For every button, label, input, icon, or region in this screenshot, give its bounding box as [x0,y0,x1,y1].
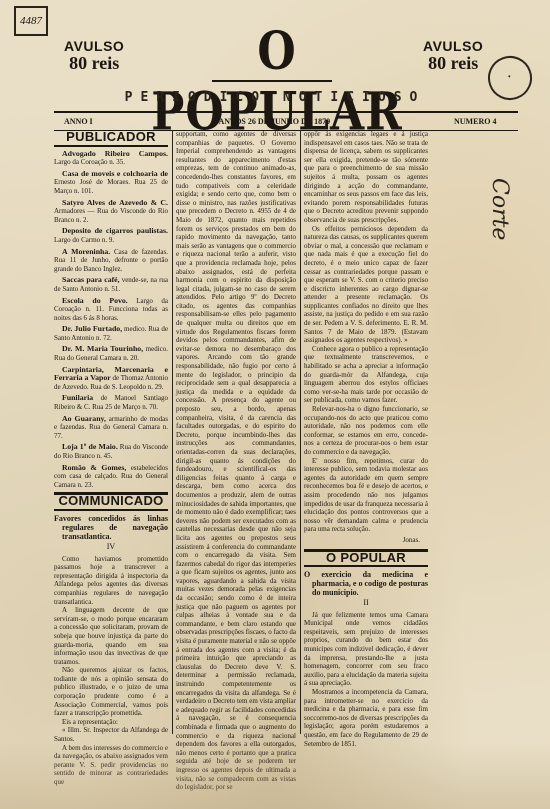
ad-name: Dr. M. Maria Tourinho, [62,344,143,353]
place-date: SANTOS 26 DE JUNHO DE 1879 [214,117,330,126]
archive-number-stamp: 4487 [14,6,48,36]
ad-item: Carpintaria, Marcenaria e Ferraria a Vap… [54,366,168,392]
ad-name: Escola do Povo. [62,296,128,305]
ad-name: Funilaria [62,393,93,402]
article-paragraph: Como haviamos promettido passamos hoje a… [54,555,168,607]
ad-name: Ao Guarany, [62,414,106,423]
price-box-right: AVULSO 80 reis [423,38,483,72]
article-part-number: IV [54,543,168,552]
section-heading-o-popular: O POPULAR [304,549,428,568]
article-paragraph: oppôr ás exigencias legaes e á justiça i… [304,130,428,225]
ad-name: Casa de moveis e colchoaria de [62,169,168,178]
price-value: 80 reis [423,54,483,72]
article-paragraph: A linguagem decente de que serviram-se, … [54,606,168,666]
ad-item: Loja 1º de Maio. Rua do Visconde do Rio … [54,443,168,460]
article-paragraph: Relevar-nos-ha o digno funccionario, se … [304,405,428,457]
ad-item: Funilaria de Manoel Santiago Ribeiro & C… [54,394,168,411]
price-label: AVULSO [64,38,124,54]
article-signature: Jonas. [304,536,420,545]
ad-item: Satyro Alves de Azevedo & C. Armadores —… [54,199,168,225]
ad-name: Romão & Gomes, [62,463,126,472]
ad-text: Largo da Coroação n. 35. [54,158,125,166]
section-heading-publicador: PUBLICADOR [54,130,168,147]
ad-name: Satyro Alves de Azevedo & C. [62,198,168,207]
ad-name: Dr. Julio Furtado, [62,324,122,333]
ad-item: Saccas para café, vende-se, na rua de Sa… [54,276,168,293]
article-paragraph: Não queremos ajuizar os factos, todiante… [54,666,168,718]
ad-item: A Moreninha. Casa de fazendas. Rua 11 de… [54,248,168,274]
handwritten-annotation: Corte [487,178,512,240]
price-label: AVULSO [423,38,483,54]
ad-item: Dr. Julio Furtado, medico. Rua de Santo … [54,325,168,342]
ad-item: Advogado Ribeiro Campos. Largo da Coroaç… [54,150,168,167]
price-value: 80 reis [64,54,124,72]
ad-item: Escola do Povo. Largo da Coroação n. 11.… [54,297,168,323]
newspaper-page: 4487 AVULSO 80 reis O POPULAR AVULSO 80 … [0,0,550,809]
dateline: ANNO I SANTOS 26 DE JUNHO DE 1879 NUMERO… [54,111,518,131]
article-paragraph: E' nosso fim, repetimos, curar do intere… [304,457,428,534]
price-box-left: AVULSO 80 reis [64,38,124,72]
column-right: oppôr ás exigencias legaes e á justiça i… [304,130,428,748]
ad-name: Advogado Ribeiro Campos. [62,149,168,158]
ad-item: Ao Guarany, armarinho de modas e fazenda… [54,415,168,441]
column-middle: supportam, como agentes de diversas comp… [176,130,296,792]
article-paragraph: Já que felizmente temos uma Camara Munic… [304,611,428,688]
issue-number: NUMERO 4 [454,117,496,126]
ad-name: A Moreninha. [62,247,110,256]
column-publicador: PUBLICADOR Advogado Ribeiro Campos. Larg… [54,130,168,787]
paper-stain [0,742,550,809]
ad-text: Armadores — Rua do Visconde do Rio Branc… [54,207,168,224]
article-headline: Favores concedidos ás linhas regulares d… [54,514,168,541]
ad-item: Deposito de cigarros paulistas. Largo do… [54,227,168,244]
article-paragraph: Os effeitos perniciosos dependem da natu… [304,225,428,345]
ad-name: Deposito de cigarros paulistas. [62,226,168,235]
ad-name: Loja 1º de Maio. [62,442,118,451]
year-label: ANNO I [64,117,93,126]
ad-item: Romão & Gomes, estabelecidos com casa de… [54,464,168,490]
article-paragraph: Mostramos a incompetencia da Camara, par… [304,688,428,748]
ad-text: Ernesto José de Moraes. Rua 25 de Março … [54,178,168,195]
section-heading-communicado: COMMUNICADO [54,492,168,511]
title-underline [212,80,332,82]
article-headline: O exercicio da medicina e pharmacia, e o… [304,570,428,597]
article-paragraph: Conhece agora o publico a representação … [304,345,428,405]
ad-item: Dr. M. Maria Tourinho, medico. Rua do Ge… [54,345,168,362]
postmark-stamp-icon: ✦ [482,50,538,106]
newspaper-subtitle: PERIODICO NOTICIOSO [75,90,475,105]
ad-item: Casa de moveis e colchoaria de Ernesto J… [54,170,168,196]
ad-text: Largo do Carmo n. 9. [54,236,114,244]
article-continuation: supportam, como agentes de diversas comp… [176,130,296,792]
column-divider [172,130,173,734]
article-paragraph: Eis a representação: [54,718,168,727]
article-part-number: II [304,599,428,608]
ad-name: Saccas para café, [62,275,120,284]
column-divider [300,130,301,734]
